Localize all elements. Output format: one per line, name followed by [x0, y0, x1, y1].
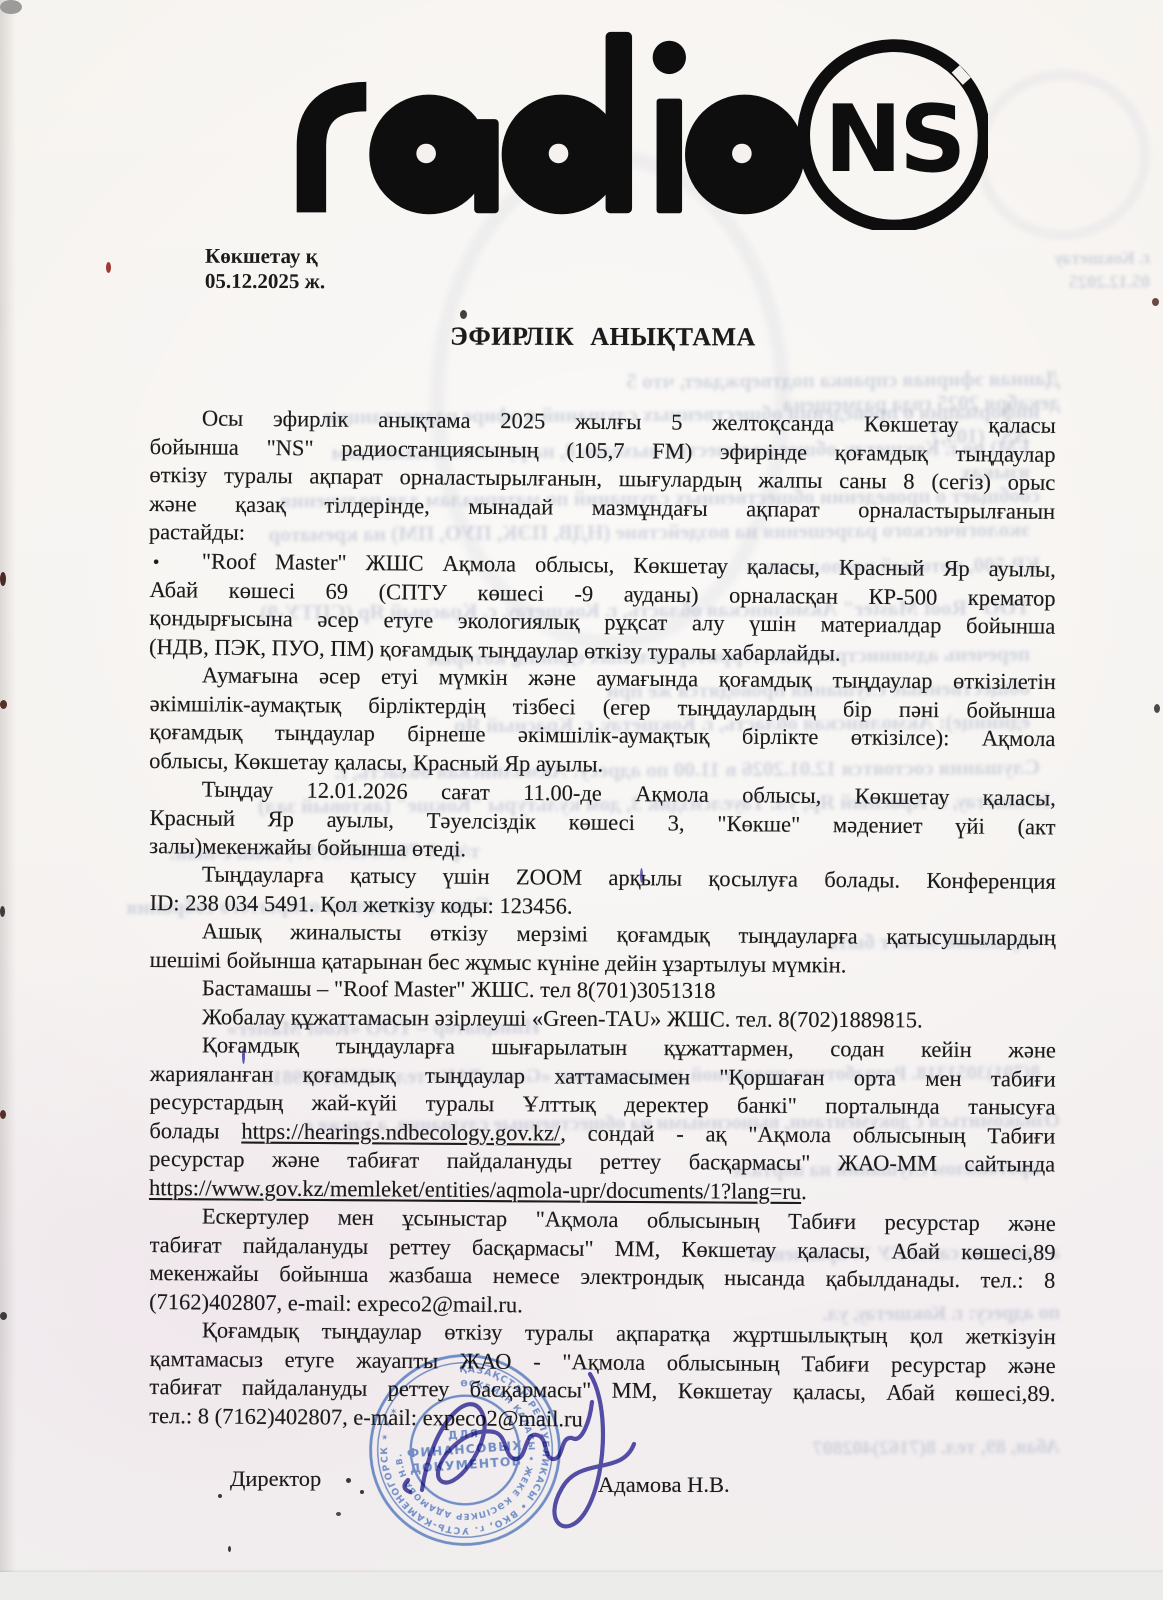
ink-speck	[218, 1494, 222, 1498]
document-title: ЭФИРЛІК АНЫҚТАМА	[150, 321, 1056, 353]
paragraph: Аумағына әсер етуі мүмкін және аумағында…	[149, 661, 1056, 782]
place-date-block: Көкшетау қ 05.12.2025 ж.	[205, 244, 325, 294]
signer-name: Адамова Н.В.	[598, 1472, 730, 1498]
document-body: Осы эфирлік анықтама 2025 жылғы 5 желтоқ…	[150, 404, 1056, 1430]
paragraph: Тыңдау 12.01.2026 сағат 11.00-де Ақмола …	[149, 775, 1056, 870]
radio-ns-logo-icon: NS	[282, 26, 988, 230]
ink-speck	[0, 0, 22, 14]
scanned-document-page: г. Кокшетау05.12.2025Данная эфирная спра…	[0, 0, 1163, 1600]
city-line: Көкшетау қ	[205, 244, 325, 269]
bleedthrough-text: Абая, 89, тел. 8(7162)402807	[720, 1435, 1060, 1461]
date-line: 05.12.2025 ж.	[205, 269, 325, 294]
paragraph: Ашық жиналысты өткізу мерзімі қоғамдық т…	[150, 917, 1056, 981]
paragraph: Тыңдауларға қатысу үшін ZOOM арқылы қосы…	[150, 860, 1056, 925]
bleedthrough-text: 05.12.2025	[975, 269, 1150, 294]
logo-word-radio	[311, 32, 804, 214]
paragraph: Жобалау құжаттамасын әзірлеуші «Green-TA…	[150, 1003, 1056, 1035]
logo-ns-text: NS	[824, 85, 963, 193]
ink-speck	[0, 1110, 6, 1119]
ink-speck	[0, 572, 6, 586]
underlined-url: https://www.gov.kz/memleket/entities/aqm…	[149, 1174, 801, 1203]
ink-speck	[1154, 704, 1160, 713]
paragraph: Бастамашы – "Roof Master" ЖШС. тел 8(701…	[150, 974, 1056, 1007]
ink-speck	[0, 1312, 7, 1320]
ink-speck	[336, 1512, 341, 1516]
ink-speck	[228, 1546, 231, 1552]
underlined-url: https://hearings.ndbecology.gov.kz/	[241, 1118, 560, 1145]
handwritten-signature-icon	[398, 1362, 640, 1568]
ink-speck	[1152, 298, 1159, 306]
list-bullet: •	[153, 549, 160, 578]
ink-speck	[460, 310, 467, 319]
bleedthrough-text: г. Кокшетау	[980, 245, 1150, 270]
text-line: Жобалау құжаттамасын әзірлеуші «Green-TA…	[150, 1003, 1056, 1035]
paragraph: Ескертулер мен ұсыныстар "Ақмола облысын…	[149, 1202, 1056, 1324]
ink-speck	[0, 906, 5, 917]
text-line: Бастамашы – "Roof Master" ЖШС. тел 8(701…	[150, 974, 1056, 1007]
paragraph: Қоғамдық тыңдауларға шығарылатын құжатта…	[149, 1031, 1056, 1208]
paragraph: •"Roof Master" ЖШС Ақмола облысы, Көкшет…	[149, 547, 1056, 670]
paragraph: Осы эфирлік анықтама 2025 жылғы 5 желтоқ…	[149, 404, 1056, 554]
ink-speck	[0, 700, 7, 709]
ink-speck	[106, 262, 111, 273]
director-label: Директор	[230, 1466, 321, 1492]
